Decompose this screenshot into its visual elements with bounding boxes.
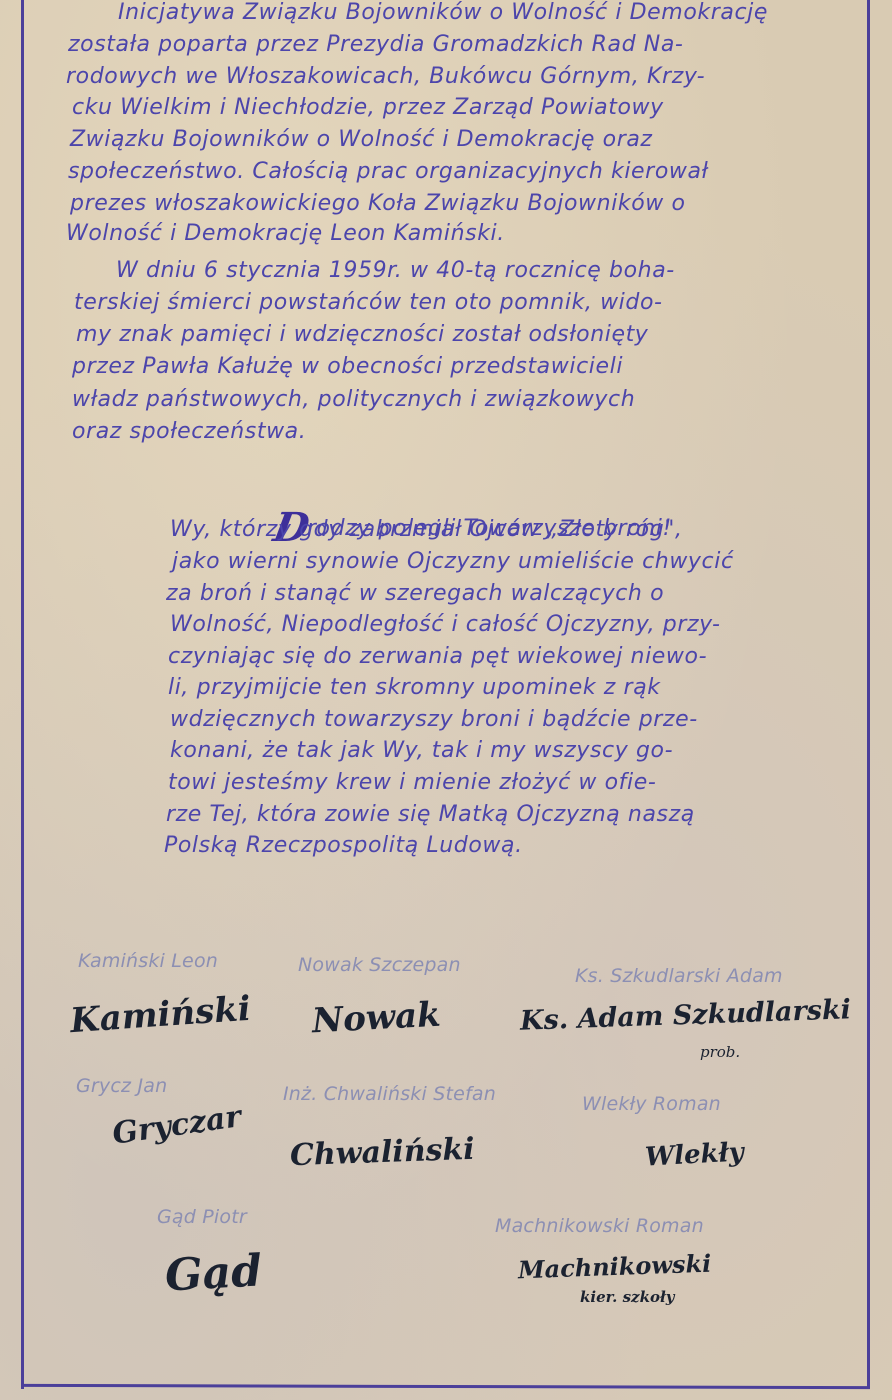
text-line: Wolność, Niepodległość i całość Ojczyzny… (170, 614, 721, 636)
text-line: konani, że tak jak Wy, tak i my wszyscy … (170, 740, 673, 762)
signature-note: kier. szkoły (580, 1288, 674, 1306)
address-to-fallen: Drodzy polegli Towarzysze broni! Wy, któ… (0, 0, 30, 308)
text-line: my znak pamięci i wdzięczności został od… (76, 324, 648, 346)
text-line: oraz społeczeństwa. (72, 421, 306, 443)
printed-name: Inż. Chwaliński Stefan (283, 1083, 496, 1105)
text-line: cku Wielkim i Niechłodzie, przez Zarząd … (72, 97, 664, 119)
signature: Chwaliński (289, 1132, 475, 1173)
printed-name: Gąd Piotr (157, 1206, 247, 1228)
printed-name: Nowak Szczepan (298, 954, 461, 976)
text-line: rodowych we Włoszakowicach, Bukówcu Górn… (66, 66, 705, 88)
printed-name: Ks. Szkudlarski Adam (575, 965, 783, 987)
text-line: za broń i stanąć w szeregach walczących … (166, 583, 664, 605)
text-line: Wolność i Demokrację Leon Kamiński. (66, 223, 505, 245)
signature: Nowak (311, 995, 442, 1042)
signature: Gąd (164, 1246, 263, 1302)
frame-right-border (867, 0, 870, 1389)
signature: Gryczar (110, 1099, 243, 1152)
signature: Wlekły (644, 1137, 744, 1172)
text-line: Inicjatywa Związku Bojowników o Wolność … (118, 2, 768, 24)
text-line: Polską Rzeczpospolitą Ludową. (164, 835, 523, 857)
text-line: Związku Bojowników o Wolność i Demokracj… (70, 129, 653, 151)
signature: Machnikowski (518, 1249, 712, 1285)
text-line: jako wierni synowie Ojczyzny umieliście … (172, 551, 734, 573)
printed-name: Wlekły Roman (582, 1093, 721, 1115)
text-line: społeczeństwo. Całością prac organizacyj… (68, 161, 708, 183)
printed-name: Machnikowski Roman (495, 1215, 704, 1237)
text-line: W dniu 6 stycznia 1959r. w 40-tą rocznic… (116, 260, 675, 282)
text-line: li, przyjmijcie ten skromny upominek z r… (168, 677, 661, 699)
signature: Ks. Adam Szkudlarski (520, 994, 852, 1037)
text-line: przez Pawła Kałużę w obecności przedstaw… (72, 356, 623, 378)
signature: Kamiński (69, 989, 252, 1042)
printed-name: Kamiński Leon (78, 950, 218, 972)
signature-note: prob. (700, 1043, 740, 1061)
printed-name: Grycz Jan (76, 1075, 167, 1097)
text-line: władz państwowych, politycznych i związk… (72, 389, 635, 411)
text-line: czyniając się do zerwania pęt wiekowej n… (168, 646, 707, 668)
frame-bottom-border (21, 1384, 870, 1389)
text-line: została poparta przez Prezydia Gromadzki… (68, 34, 683, 56)
text-line: rze Tej, która zowie się Matką Ojczyzną … (166, 804, 695, 826)
text-line: prezes włoszakowickiego Koła Związku Boj… (70, 193, 686, 215)
text-line: wdzięcznych towarzyszy broni i bądźcie p… (170, 709, 698, 731)
text-line: Wy, którzy gdy zabrzmiał Ojców „Złoty ró… (170, 519, 683, 541)
text-line: towi jesteśmy krew i mienie złożyć w ofi… (168, 772, 656, 794)
text-line: terskiej śmierci powstańców ten oto pomn… (74, 292, 663, 314)
